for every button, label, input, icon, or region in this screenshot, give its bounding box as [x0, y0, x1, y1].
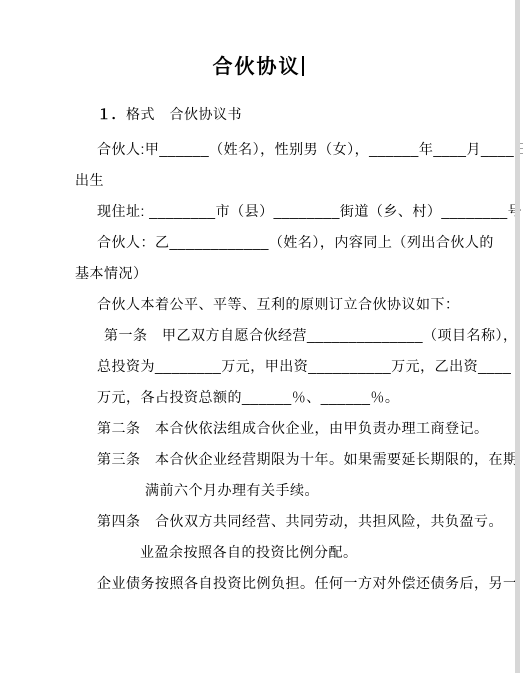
- document-line: 满前六个月办理有关手续。: [75, 475, 453, 506]
- document-body: １．格式 合伙协议书 合伙人:甲______（姓名），性别男（女），______…: [75, 99, 453, 599]
- document-line: 合伙人：乙____________（姓名），内容同上（列出合伙人的: [75, 227, 453, 258]
- document-line: 第三条 本合伙企业经营期限为十年。如果需要延长期限的，在期: [75, 444, 453, 475]
- document-line: 合伙人本着公平、平等、互利的原则订立合伙协议如下：: [75, 289, 453, 320]
- text-cursor: [302, 56, 304, 76]
- document-line: 基本情况）: [75, 258, 453, 289]
- document-title-text: 合伙协议: [213, 56, 301, 78]
- page-edge-line: [515, 0, 520, 673]
- document-line: 总投资为________万元，甲出资__________万元，乙出资____: [75, 351, 453, 382]
- heading-label: 格式 合伙协议书: [126, 106, 242, 122]
- document-line: 企业债务按照各自投资比例负担。任何一方对外偿还债务后，另一: [75, 568, 453, 599]
- document-line: 万元，各占投资总额的______％、______％。: [75, 382, 453, 413]
- heading-number: １．: [97, 106, 126, 122]
- document-title: 合伙协议: [0, 54, 516, 80]
- document-line: 第四条 合伙双方共同经营、共同劳动，共担风险，共负盈亏。: [75, 506, 453, 537]
- document-line: 第一条 甲乙双方自愿合伙经营______________（项目名称），: [75, 320, 453, 351]
- document-line: 第二条 本合伙依法组成合伙企业，由甲负责办理工商登记。: [75, 413, 453, 444]
- section-heading: １．格式 合伙协议书: [75, 99, 453, 130]
- document-line: 现住址: ________市（县）________街道（乡、村）________…: [75, 196, 453, 227]
- document-line: 出生: [75, 165, 453, 196]
- document-page[interactable]: 合伙协议 １．格式 合伙协议书 合伙人:甲______（姓名），性别男（女），_…: [0, 0, 523, 673]
- document-line: 合伙人:甲______（姓名），性别男（女），______年____月____日: [75, 134, 453, 165]
- document-line: 业盈余按照各自的投资比例分配。: [75, 537, 453, 568]
